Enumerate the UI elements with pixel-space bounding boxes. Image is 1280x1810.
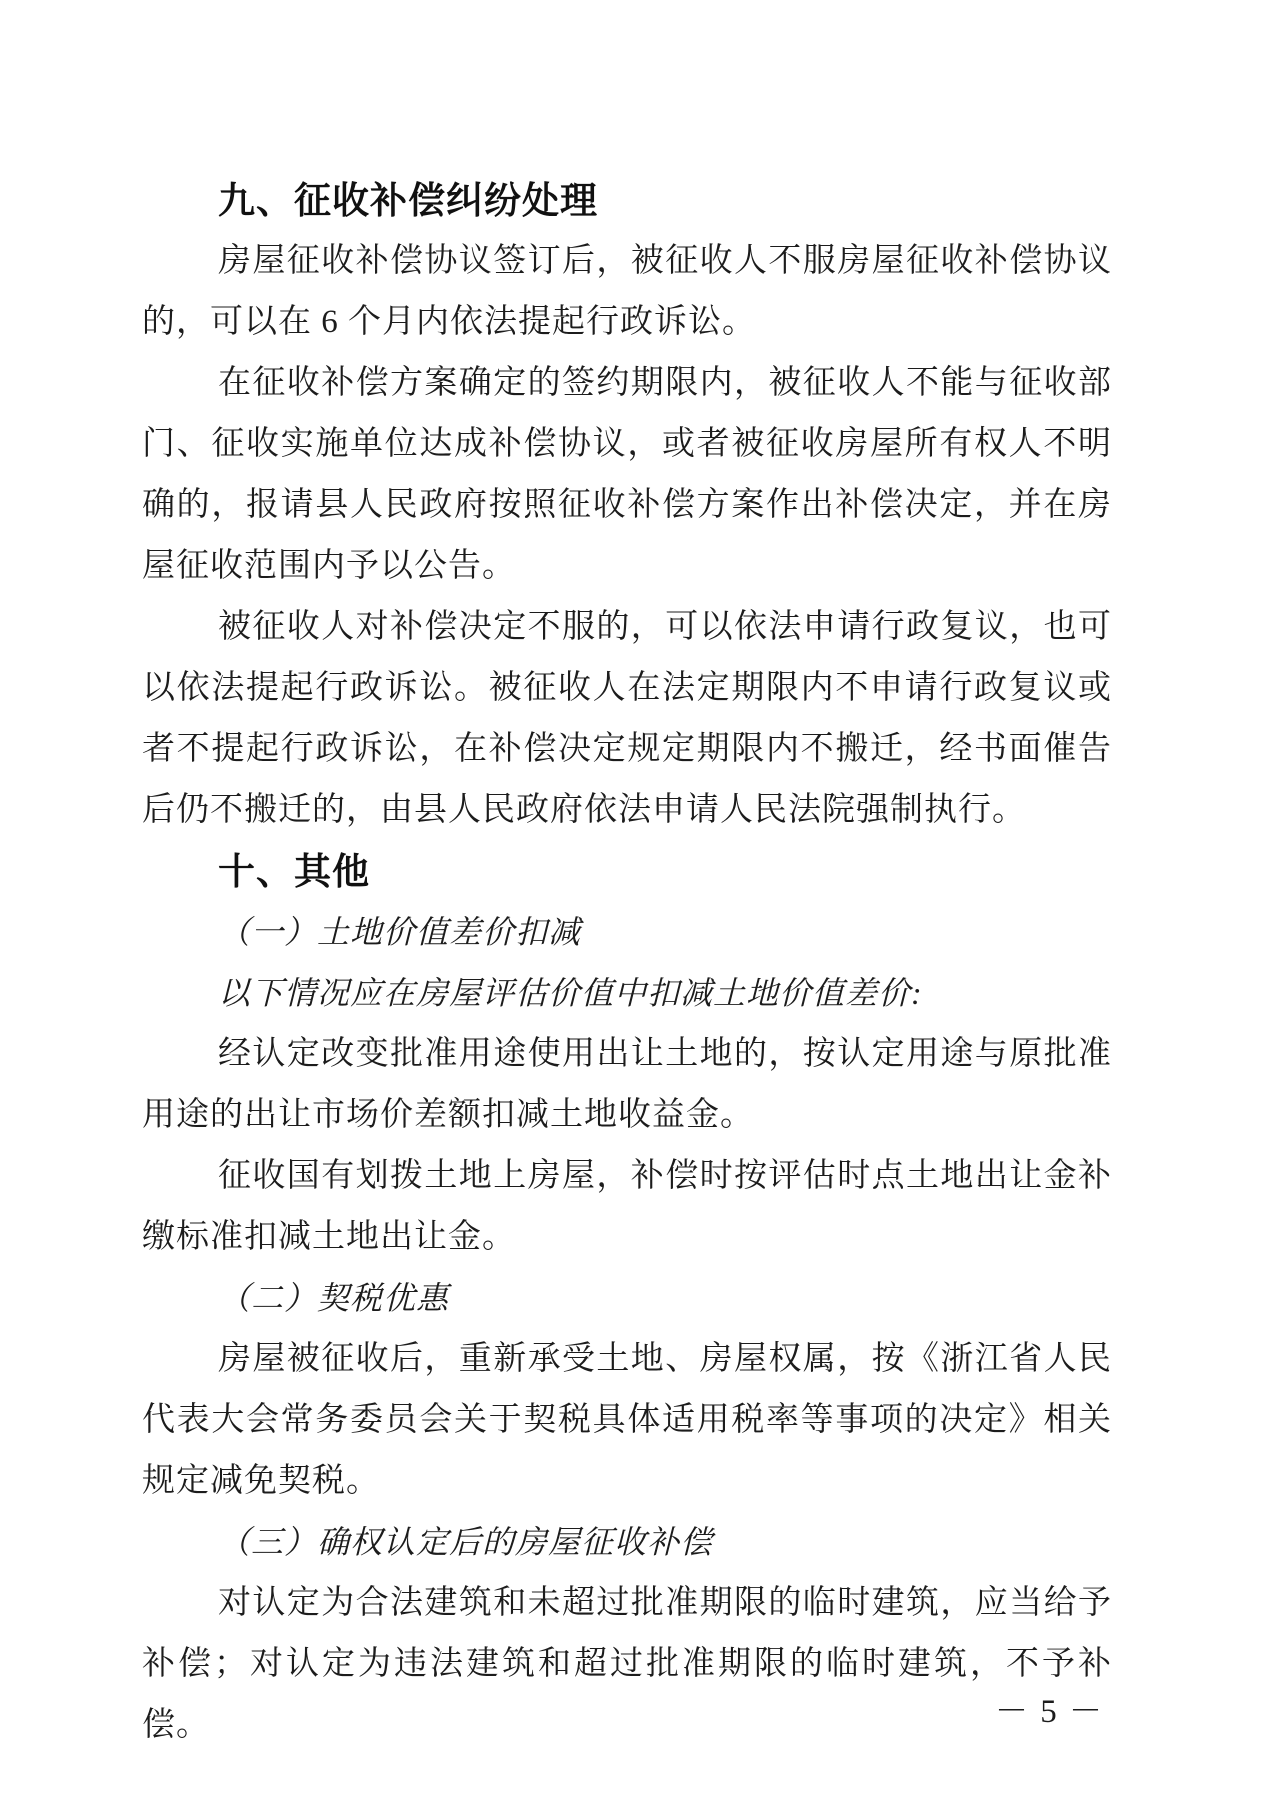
document-body: 九、征收补偿纠纷处理 房屋征收补偿协议签订后，被征收人不服房屋征收补偿协议的，可… [142, 170, 1112, 1756]
subsection-2-paragraph-1: 房屋被征收后，重新承受土地、房屋权属，按《浙江省人民代表大会常务委员会关于契税具… [142, 1329, 1112, 1512]
subsection-1-intro: 以下情况应在房屋评估价值中扣减土地价值差价: [142, 963, 1112, 1024]
subsection-1-title: （一）土地价值差价扣减 [142, 902, 1112, 963]
section-9-paragraph-3: 被征收人对补偿决定不服的，可以依法申请行政复议，也可以依法提起行政诉讼。被征收人… [142, 597, 1112, 841]
document-page: 九、征收补偿纠纷处理 房屋征收补偿协议签订后，被征收人不服房屋征收补偿协议的，可… [0, 0, 1280, 1810]
subsection-3-title: （三）确权认定后的房屋征收补偿 [142, 1512, 1112, 1573]
subsection-1-paragraph-1: 经认定改变批准用途使用出让土地的，按认定用途与原批准用途的出让市场价差额扣减土地… [142, 1024, 1112, 1146]
subsection-3-paragraph-1: 对认定为合法建筑和未超过批准期限的临时建筑，应当给予补偿；对认定为违法建筑和超过… [142, 1573, 1112, 1756]
section-9-paragraph-1: 房屋征收补偿协议签订后，被征收人不服房屋征收补偿协议的，可以在 6 个月内依法提… [142, 231, 1112, 353]
section-10-heading: 十、其他 [142, 841, 1112, 902]
subsection-1-paragraph-2: 征收国有划拨土地上房屋，补偿时按评估时点土地出让金补缴标准扣减土地出让金。 [142, 1146, 1112, 1268]
subsection-2-title: （二）契税优惠 [142, 1268, 1112, 1329]
section-9-heading: 九、征收补偿纠纷处理 [142, 170, 1112, 231]
page-number: － 5 － [995, 1693, 1104, 1731]
section-9-paragraph-2: 在征收补偿方案确定的签约期限内，被征收人不能与征收部门、征收实施单位达成补偿协议… [142, 353, 1112, 597]
